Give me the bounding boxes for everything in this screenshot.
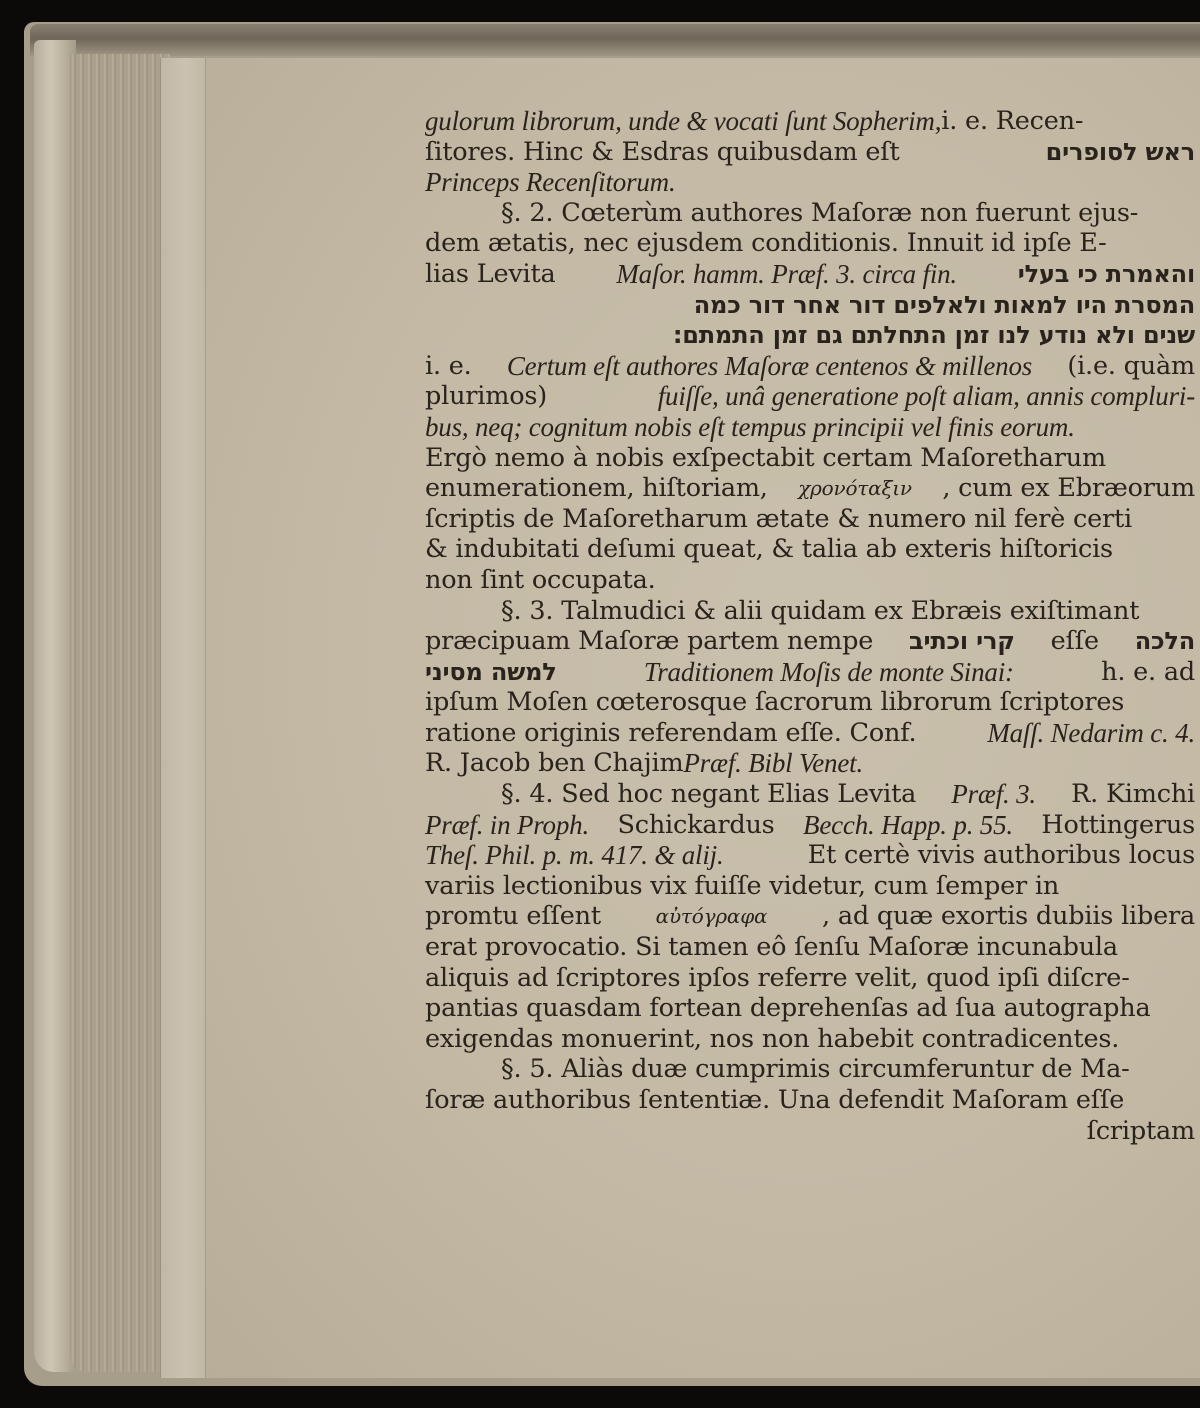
italic-text: Theſ. Phil. p. m. 417. & alij.: [425, 840, 724, 871]
roman-text: erat provocatio. Si tamen eô ſenſu Maſor…: [425, 932, 1118, 963]
text-line: ſcriptam: [425, 1116, 1195, 1147]
italic-text: Becch. Happ. p. 55.: [803, 810, 1013, 841]
text-line: Theſ. Phil. p. m. 417. & alij. Et certè …: [425, 840, 1195, 871]
italic-text: Præf. 3.: [951, 779, 1036, 810]
text-line: gulorum librorum, unde & vocati ſunt Sop…: [425, 106, 1195, 137]
roman-text: Ergò nemo à nobis exſpectabit certam Maſ…: [425, 443, 1106, 474]
italic-text: Traditionem Moſis de monte Sinai:: [644, 657, 1014, 688]
text-line: שנים ולא נודע לנו זמן התחלתם גם זמן התמת…: [425, 320, 1195, 351]
italic-text: Præf. Bibl Venet.: [683, 748, 863, 779]
hebrew-text: הלכה: [1135, 626, 1195, 657]
roman-text: ſcriptis de Maſoretharum ætate & numero …: [425, 504, 1132, 535]
text-line: exigendas monuerint, nos non habebit con…: [425, 1024, 1195, 1055]
italic-text: Maſor. hamm. Præf. 3. circa fin.: [616, 259, 957, 290]
roman-text: i. e.: [425, 351, 472, 382]
roman-text: pantias quasdam fortean deprehenſas ad ſ…: [425, 993, 1151, 1024]
text-line: §. 3. Talmudici & alii quidam ex Ebræis …: [425, 596, 1195, 627]
italic-text: Præf. in Proph.: [425, 810, 589, 841]
roman-text: (i.e. quàm: [1067, 351, 1195, 382]
roman-text: aliquis ad ſcriptores ipſos referre veli…: [425, 963, 1130, 994]
greek-text: χρονόταξιν: [798, 473, 912, 504]
text-line: aliquis ad ſcriptores ipſos referre veli…: [425, 963, 1195, 994]
book-top-edge: [30, 24, 1200, 56]
roman-text: Hottingerus: [1041, 810, 1195, 841]
text-line: promtu eſſent αὐτόγραφα, ad quæ exortis …: [425, 901, 1195, 932]
roman-text: , cum ex Ebræorum: [942, 473, 1195, 504]
hebrew-text: ראש לסופרים: [1046, 137, 1195, 168]
text-line: plurimos) fuiſſe, unâ generatione poſt a…: [425, 381, 1195, 412]
text-line: ſitores. Hinc & Esdras quibusdam eſt ראש…: [425, 137, 1195, 168]
hebrew-text: שנים ולא נודע לנו זמן התחלתם גם זמן התמת…: [673, 320, 1195, 351]
italic-text: gulorum librorum, unde & vocati ſunt Sop…: [425, 106, 941, 137]
text-line: pantias quasdam fortean deprehenſas ad ſ…: [425, 993, 1195, 1024]
roman-text: h. e. ad: [1101, 657, 1195, 688]
text-line: Ergò nemo à nobis exſpectabit certam Maſ…: [425, 443, 1195, 474]
roman-text: & indubitati deſumi queat, & talia ab ex…: [425, 534, 1113, 565]
italic-text: Maſſ. Nedarim c. 4.: [987, 718, 1195, 749]
text-line: §. 2. Cœterùm authores Maſoræ non fuerun…: [425, 198, 1195, 229]
italic-text: fuiſſe, unâ generatione poſt aliam, anni…: [658, 381, 1195, 412]
roman-text: promtu eſſent: [425, 901, 601, 932]
page-stack-edges: [70, 54, 170, 1372]
roman-text: §. 5. Aliàs duæ cumprimis circumferuntur…: [501, 1054, 1130, 1085]
roman-text: §. 4. Sed hoc negant Elias Levita: [501, 779, 916, 810]
text-line: non ſint occupata.: [425, 565, 1195, 596]
text-line: ipſum Moſen cœterosque ſacrorum librorum…: [425, 687, 1195, 718]
text-line: præcipuam Maſoræ partem nempe קרי וכתיב …: [425, 626, 1195, 657]
hebrew-text: למשה מסיני: [425, 657, 557, 688]
hebrew-text: המסרת היו למאות ולאלפים דור אחר דור כמה: [694, 290, 1195, 321]
text-line: & indubitati deſumi queat, & talia ab ex…: [425, 534, 1195, 565]
text-line: erat provocatio. Si tamen eô ſenſu Maſor…: [425, 932, 1195, 963]
roman-text: ipſum Moſen cœterosque ſacrorum librorum…: [425, 687, 1124, 718]
text-line: ſcriptis de Maſoretharum ætate & numero …: [425, 504, 1195, 535]
roman-text: præcipuam Maſoræ partem nempe: [425, 626, 873, 657]
roman-text: dem ætatis, nec ejusdem conditionis. Inn…: [425, 228, 1107, 259]
roman-text: variis lectionibus vix fuiſſe videtur, c…: [425, 871, 1059, 902]
text-line: המסרת היו למאות ולאלפים דור אחר דור כמה: [425, 290, 1195, 321]
roman-text: §. 2. Cœterùm authores Maſoræ non fuerun…: [501, 198, 1138, 229]
roman-text: i. e. Recen-: [941, 106, 1083, 137]
roman-text: Et certè vivis authoribus locus: [808, 840, 1195, 871]
roman-text: exigendas monuerint, nos non habebit con…: [425, 1024, 1119, 1055]
hebrew-text: קרי וכתיב: [909, 626, 1015, 657]
roman-text: plurimos): [425, 381, 547, 412]
text-line: למשה מסיני Traditionem Moſis de monte Si…: [425, 657, 1195, 688]
roman-text: lias Levita: [425, 259, 556, 290]
page-gutter: [160, 58, 211, 1378]
roman-text: ſoræ authoribus ſententiæ. Una defendit …: [425, 1085, 1124, 1116]
roman-text: non ſint occupata.: [425, 565, 656, 596]
italic-text: Certum eſt authores Maſoræ centenos & mi…: [507, 351, 1032, 382]
text-line: Præf. in Proph. Schickardus Becch. Happ.…: [425, 810, 1195, 841]
hebrew-text: והאמרת כי בעלי: [1018, 259, 1195, 290]
greek-text: αὐτόγραφα: [656, 901, 768, 932]
text-line: §. 5. Aliàs duæ cumprimis circumferuntur…: [425, 1054, 1195, 1085]
text-line: lias Levita Maſor. hamm. Præf. 3. circa …: [425, 259, 1195, 290]
text-line: dem ætatis, nec ejusdem conditionis. Inn…: [425, 228, 1195, 259]
roman-text: eſſe: [1051, 626, 1099, 657]
text-line: ſoræ authoribus ſententiæ. Una defendit …: [425, 1085, 1195, 1116]
text-line: i. e. Certum eſt authores Maſoræ centeno…: [425, 351, 1195, 382]
roman-text: ſitores. Hinc & Esdras quibusdam eſt: [425, 137, 900, 168]
text-line: Princeps Recenſitorum.: [425, 167, 1195, 198]
text-line: ratione originis referendam eſſe. Conf. …: [425, 718, 1195, 749]
text-line: variis lectionibus vix fuiſſe videtur, c…: [425, 871, 1195, 902]
page-text-block: gulorum librorum, unde & vocati ſunt Sop…: [425, 106, 1195, 1146]
roman-text: enumerationem, hiſtoriam,: [425, 473, 768, 504]
roman-text: , ad quæ exortis dubiis libera: [822, 901, 1195, 932]
text-line: enumerationem, hiſtoriam, χρονόταξιν, cu…: [425, 473, 1195, 504]
text-line: §. 4. Sed hoc negant Elias Levita Præf. …: [425, 779, 1195, 810]
italic-text: Princeps Recenſitorum.: [425, 167, 676, 198]
italic-text: bus, neq; cognitum nobis eſt tempus prin…: [425, 412, 1075, 443]
roman-text: R. Jacob ben Chajim: [425, 748, 683, 779]
roman-text: R. Kimchi: [1071, 779, 1195, 810]
roman-text: ratione originis referendam eſſe. Conf.: [425, 718, 916, 749]
text-line: R. Jacob ben Chajim Præf. Bibl Venet.: [425, 748, 1195, 779]
roman-text: ſcriptam: [1087, 1116, 1195, 1147]
roman-text: §. 3. Talmudici & alii quidam ex Ebræis …: [501, 596, 1139, 627]
roman-text: Schickardus: [617, 810, 774, 841]
text-line: bus, neq; cognitum nobis eſt tempus prin…: [425, 412, 1195, 443]
